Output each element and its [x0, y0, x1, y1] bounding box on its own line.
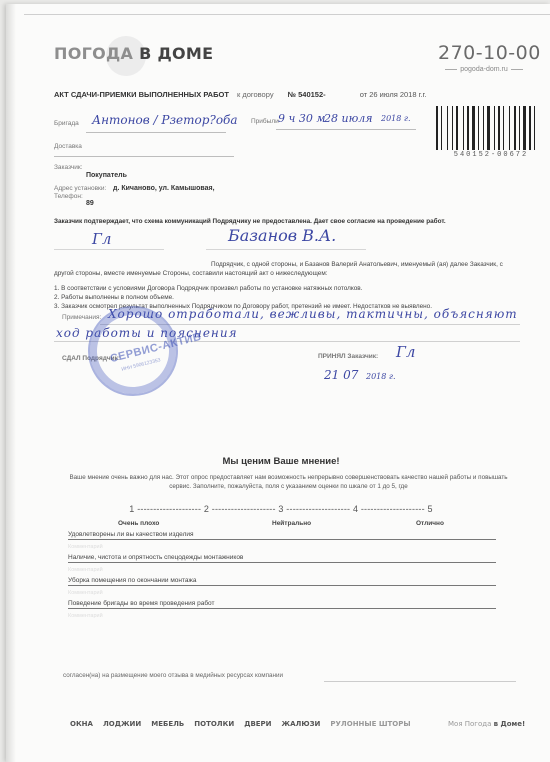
barcode-bar	[521, 106, 522, 150]
survey-comment-2[interactable]: Комментарий	[68, 567, 103, 573]
confirmation-text: Заказчик подтверждает, что схема коммуни…	[54, 218, 534, 225]
barcode-bar	[449, 106, 451, 150]
barcode-bar	[476, 106, 477, 150]
barcode-bar	[536, 106, 538, 150]
barcode-bar	[529, 106, 531, 150]
arrived-year: 2018 г.	[381, 114, 411, 123]
barcode-bar	[436, 106, 438, 150]
barcode-bar	[503, 106, 504, 150]
logo-text-part2: В ДОМЕ	[139, 44, 213, 63]
name-line	[206, 249, 366, 250]
barcode-bar	[505, 106, 508, 150]
scanned-document-page: ПОГОДА В ДОМЕ 270-10-00 pogoda-dom.ru АК…	[6, 4, 550, 762]
customer-value: Покупатель	[86, 172, 127, 179]
signature-line	[54, 249, 164, 250]
barcode-bar	[534, 106, 535, 150]
brigade-underline	[86, 132, 226, 133]
footer-nav-furniture: МЕБЕЛЬ	[151, 720, 184, 728]
barcode-bar	[467, 106, 469, 150]
customer-label: Заказчик:	[54, 164, 82, 172]
barcode-bar	[523, 106, 526, 150]
barcode-bar	[454, 106, 455, 150]
arrived-date: 28 июля	[324, 112, 373, 125]
barcode-bar	[447, 106, 448, 150]
accepted-date: 21 07	[324, 368, 358, 382]
barcode-bar	[441, 106, 442, 150]
footer-slogan: Моя Погода в Доме!	[448, 720, 525, 728]
act-title: АКТ СДАЧИ-ПРИЕМКИ ВЫПОЛНЕННЫХ РАБОТ	[54, 90, 229, 99]
address-label: Адрес установки:	[54, 185, 106, 192]
contract-number: № 540152-	[288, 90, 326, 99]
survey-question-3[interactable]: Уборка помещения по окончании монтажа	[68, 577, 496, 586]
survey-question-2[interactable]: Наличие, чистота и опрятность спецодежды…	[68, 554, 496, 563]
phone-label: Телефон:	[54, 193, 84, 201]
barcode-bar	[501, 106, 502, 150]
footer-nav-windows: ОКНА	[70, 720, 93, 728]
slogan-part1: Моя Погода	[448, 720, 491, 728]
survey-comment-3[interactable]: Комментарий	[68, 590, 103, 596]
survey-question-1[interactable]: Удовлетворены ли вы качеством изделия	[68, 531, 496, 540]
consent-signature-line[interactable]	[324, 681, 516, 682]
barcode-bar	[517, 106, 518, 150]
scale-label-mid: Нейтрально	[272, 520, 311, 527]
barcode-bar	[483, 106, 484, 150]
accepted-label: ПРИНЯЛ Заказчик:	[318, 353, 378, 360]
accepted-year: 2018 г.	[366, 372, 396, 381]
barcode-bar	[527, 106, 528, 150]
rating-scale: 1 -------------------- 2 ---------------…	[6, 504, 550, 514]
footer-nav-blinds: ЖАЛЮЗИ	[282, 720, 321, 728]
barcode-bar	[439, 106, 440, 150]
consent-text: согласен(на) на размещение моего отзыва …	[63, 672, 283, 679]
barcode-bar	[487, 106, 490, 150]
act-title-bar: АКТ СДАЧИ-ПРИЕМКИ ВЫПОЛНЕННЫХ РАБОТ к до…	[54, 88, 434, 102]
barcode-bars	[436, 106, 546, 150]
scan-edge-shadow	[6, 4, 16, 762]
barcode-number: 540152-00672	[436, 151, 546, 159]
survey-comment-4[interactable]: Комментарий	[68, 613, 103, 619]
footer-product-nav: ОКНА ЛОДЖИИ МЕБЕЛЬ ПОТОЛКИ ДВЕРИ ЖАЛЮЗИ …	[70, 720, 411, 728]
notes-line-1: Хорошо отработали, вежливы, тактичны, об…	[108, 307, 518, 321]
barcode-bar	[443, 106, 446, 150]
top-border-line	[24, 14, 550, 15]
scale-label-low: Очень плохо	[118, 520, 159, 527]
brigade-value: Антонов / Рзетор?оба	[92, 113, 238, 127]
company-website: pogoda-dom.ru	[436, 66, 532, 73]
barcode-bar	[496, 106, 497, 150]
barcode-bar	[532, 106, 533, 150]
barcode-bar	[494, 106, 495, 150]
notes-label: Примечания:	[62, 314, 101, 321]
survey-question-4[interactable]: Поведение бригады во время проведения ра…	[68, 600, 496, 609]
survey-comment-1[interactable]: Комментарий	[68, 544, 103, 550]
footer-nav-doors: ДВЕРИ	[244, 720, 271, 728]
barcode-bar	[511, 106, 513, 150]
barcode-bar	[456, 106, 458, 150]
barcode-bar	[459, 106, 462, 150]
arrived-time: 9 ч 30 м	[278, 112, 325, 125]
survey-title: Мы ценим Ваше мнение!	[6, 456, 550, 467]
arrived-underline	[276, 129, 416, 130]
barcode-bar	[485, 106, 486, 150]
confirmation-signature: Гл	[92, 230, 111, 248]
delivery-underline	[54, 156, 234, 157]
barcode-bar	[519, 106, 520, 150]
slogan-part2: в Доме!	[494, 720, 526, 728]
barcode-bar	[470, 106, 471, 150]
delivery-label: Доставка	[54, 143, 82, 150]
scale-label-high: Отлично	[416, 520, 444, 527]
intro-line-2: другой стороны, вместе именуемые Стороны…	[54, 269, 328, 279]
arrived-label: Прибыли	[251, 118, 279, 125]
company-phone: 270-10-00	[438, 42, 541, 64]
contract-label: к договору	[237, 90, 274, 99]
barcode-bar	[452, 106, 453, 150]
barcode-bar	[463, 106, 464, 150]
footer-nav-ceilings: ПОТОЛКИ	[194, 720, 234, 728]
barcode-bar	[491, 106, 493, 150]
footer-nav-roller-shades: РУЛОННЫЕ ШТОРЫ	[330, 720, 410, 728]
company-logo: ПОГОДА В ДОМЕ	[54, 44, 213, 63]
barcode: 540152-00672	[436, 106, 546, 160]
accepted-signature: Гл	[396, 343, 415, 361]
barcode-bar	[514, 106, 516, 150]
confirmation-name: Базанов В.А.	[228, 226, 336, 245]
logo-text-part1: ПОГОДА	[54, 44, 133, 63]
barcode-bar	[498, 106, 500, 150]
contract-date: от 26 июля 2018 г.г.	[360, 90, 427, 99]
footer-nav-loggias: ЛОДЖИИ	[103, 720, 141, 728]
survey-intro: Ваше мнение очень важно для нас. Этот оп…	[66, 473, 511, 491]
barcode-bar	[509, 106, 510, 150]
barcode-bar	[465, 106, 466, 150]
phone-value: 89	[86, 200, 94, 207]
barcode-bar	[478, 106, 479, 150]
barcode-bar	[480, 106, 482, 150]
barcode-bar	[472, 106, 475, 150]
brigade-label: Бригада	[54, 120, 79, 127]
address-value: д. Кичаново, ул. Камышовая,	[113, 185, 215, 192]
